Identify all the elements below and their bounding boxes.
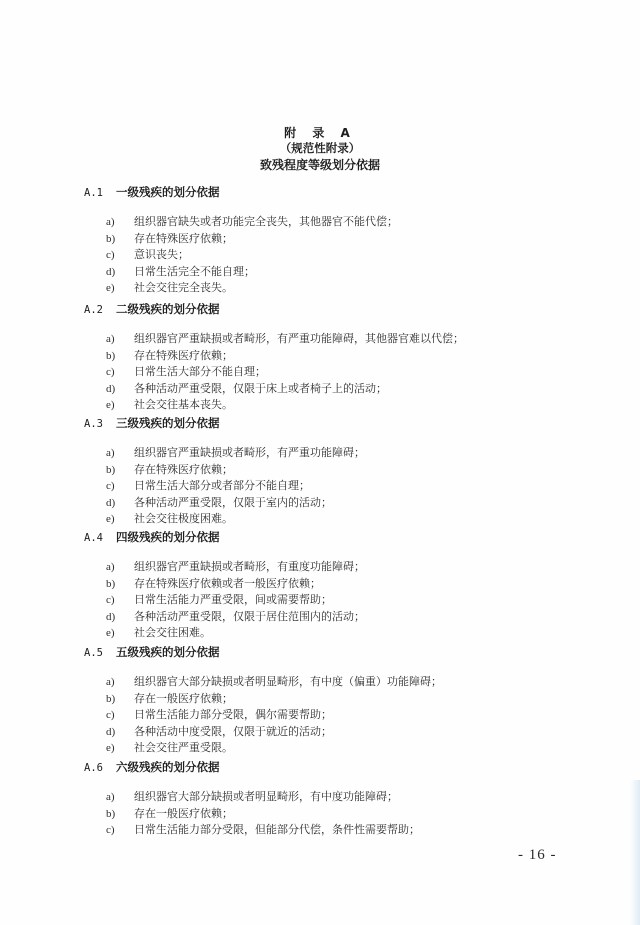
- item-marker: a): [106, 559, 134, 576]
- item-marker: c): [106, 478, 134, 495]
- item-marker: a): [106, 331, 134, 348]
- section-heading: A.4四级残疾的划分依据: [84, 528, 584, 546]
- item-marker: d): [106, 264, 134, 281]
- item-marker: c): [106, 707, 134, 724]
- criteria-list: a)组织器官严重缺损或者畸形，有重度功能障碍； b)存在特殊医疗依赖或者一般医疗…: [84, 559, 584, 642]
- item-text: 各种活动中度受限，仅限于就近的活动；: [134, 725, 332, 738]
- item-text: 存在特殊医疗依赖；: [134, 349, 233, 362]
- item-text: 各种活动严重受限，仅限于床上或者椅子上的活动；: [134, 382, 387, 395]
- item-text: 组织器官严重缺损或者畸形，有严重功能障碍；: [134, 446, 365, 459]
- list-item: c)日常生活大部分或者部分不能自理；: [106, 478, 584, 495]
- list-item: b)存在一般医疗依赖；: [106, 806, 584, 823]
- item-text: 日常生活大部分不能自理；: [134, 365, 266, 378]
- item-marker: d): [106, 724, 134, 741]
- item-text: 存在特殊医疗依赖；: [134, 232, 233, 245]
- section-a5: A.5五级残疾的划分依据 a)组织器官大部分缺损或者明显畸形，有中度（偏重）功能…: [84, 643, 584, 757]
- section-a4: A.4四级残疾的划分依据 a)组织器官严重缺损或者畸形，有重度功能障碍； b)存…: [84, 528, 584, 642]
- section-a3: A.3三级残疾的划分依据 a)组织器官严重缺损或者畸形，有严重功能障碍； b)存…: [84, 414, 584, 528]
- list-item: d)各种活动严重受限，仅限于室内的活动；: [106, 495, 584, 512]
- appendix-type: （规范性附录）: [0, 140, 640, 156]
- item-text: 意识丧失；: [134, 248, 189, 261]
- item-marker: b): [106, 231, 134, 248]
- page-number: - 16 -: [518, 847, 557, 864]
- list-item: a)组织器官大部分缺损或者明显畸形，有中度功能障碍；: [106, 789, 584, 806]
- section-number: A.4: [84, 529, 116, 547]
- item-marker: c): [106, 592, 134, 609]
- item-marker: c): [106, 822, 134, 839]
- item-marker: b): [106, 806, 134, 823]
- item-marker: a): [106, 214, 134, 231]
- item-text: 社会交往完全丧失。: [134, 281, 233, 294]
- list-item: e)社会交往极度困难。: [106, 511, 584, 528]
- section-heading: A.5五级残疾的划分依据: [84, 643, 584, 661]
- item-text: 日常生活能力部分受限，但能部分代偿，条件性需要帮助；: [134, 823, 420, 836]
- section-a6: A.6六级残疾的划分依据 a)组织器官大部分缺损或者明显畸形，有中度功能障碍； …: [84, 758, 584, 839]
- item-text: 组织器官大部分缺损或者明显畸形，有中度（偏重）功能障碍；: [134, 675, 442, 688]
- item-text: 日常生活完全不能自理；: [134, 265, 255, 278]
- section-heading: A.3三级残疾的划分依据: [84, 414, 584, 432]
- item-text: 日常生活大部分或者部分不能自理；: [134, 479, 310, 492]
- section-number: A.6: [84, 759, 116, 777]
- item-marker: e): [106, 511, 134, 528]
- list-item: a)组织器官严重缺损或者畸形，有严重功能障碍，其他器官难以代偿；: [106, 331, 584, 348]
- item-marker: d): [106, 381, 134, 398]
- list-item: c)意识丧失；: [106, 247, 584, 264]
- list-item: a)组织器官严重缺损或者畸形，有重度功能障碍；: [106, 559, 584, 576]
- item-marker: b): [106, 576, 134, 593]
- list-item: b)存在特殊医疗依赖；: [106, 348, 584, 365]
- item-marker: e): [106, 740, 134, 757]
- list-item: b)存在一般医疗依赖；: [106, 691, 584, 708]
- criteria-list: a)组织器官严重缺损或者畸形，有严重功能障碍，其他器官难以代偿； b)存在特殊医…: [84, 331, 584, 414]
- section-number: A.2: [84, 301, 116, 319]
- criteria-list: a)组织器官严重缺损或者畸形，有严重功能障碍； b)存在特殊医疗依赖； c)日常…: [84, 445, 584, 528]
- item-text: 各种活动严重受限，仅限于室内的活动；: [134, 496, 332, 509]
- item-marker: c): [106, 247, 134, 264]
- criteria-list: a)组织器官缺失或者功能完全丧失，其他器官不能代偿； b)存在特殊医疗依赖； c…: [84, 214, 584, 297]
- section-a1: A.1一级残疾的划分依据 a)组织器官缺失或者功能完全丧失，其他器官不能代偿； …: [84, 183, 584, 297]
- list-item: e)社会交往完全丧失。: [106, 280, 584, 297]
- item-text: 组织器官大部分缺损或者明显畸形，有中度功能障碍；: [134, 790, 398, 803]
- list-item: c)日常生活能力部分受限，但能部分代偿，条件性需要帮助；: [106, 822, 584, 839]
- item-text: 存在特殊医疗依赖或者一般医疗依赖；: [134, 577, 321, 590]
- list-item: d)各种活动严重受限，仅限于床上或者椅子上的活动；: [106, 381, 584, 398]
- item-marker: e): [106, 280, 134, 297]
- criteria-list: a)组织器官大部分缺损或者明显畸形，有中度功能障碍； b)存在一般医疗依赖； c…: [84, 789, 584, 839]
- item-text: 日常生活能力严重受限，间或需要帮助；: [134, 593, 332, 606]
- list-item: b)存在特殊医疗依赖或者一般医疗依赖；: [106, 576, 584, 593]
- list-item: c)日常生活大部分不能自理；: [106, 364, 584, 381]
- item-text: 社会交往严重受限。: [134, 741, 233, 754]
- list-item: b)存在特殊医疗依赖；: [106, 462, 584, 479]
- section-title: 六级残疾的划分依据: [116, 760, 220, 774]
- list-item: e)社会交往严重受限。: [106, 740, 584, 757]
- section-title: 四级残疾的划分依据: [116, 530, 220, 544]
- section-title: 一级残疾的划分依据: [116, 185, 220, 199]
- item-text: 社会交往困难。: [134, 626, 211, 639]
- item-text: 组织器官严重缺损或者畸形，有严重功能障碍，其他器官难以代偿；: [134, 332, 464, 345]
- item-marker: d): [106, 609, 134, 626]
- list-item: e)社会交往困难。: [106, 625, 584, 642]
- item-marker: b): [106, 462, 134, 479]
- list-item: d)日常生活完全不能自理；: [106, 264, 584, 281]
- list-item: b)存在特殊医疗依赖；: [106, 231, 584, 248]
- section-a2: A.2二级残疾的划分依据 a)组织器官严重缺损或者畸形，有严重功能障碍，其他器官…: [84, 300, 584, 414]
- list-item: d)各种活动严重受限，仅限于居住范围内的活动；: [106, 609, 584, 626]
- section-heading: A.2二级残疾的划分依据: [84, 300, 584, 318]
- item-marker: e): [106, 397, 134, 414]
- item-marker: a): [106, 674, 134, 691]
- item-marker: a): [106, 445, 134, 462]
- list-item: e)社会交往基本丧失。: [106, 397, 584, 414]
- section-number: A.3: [84, 415, 116, 433]
- item-text: 存在一般医疗依赖；: [134, 692, 233, 705]
- list-item: a)组织器官缺失或者功能完全丧失，其他器官不能代偿；: [106, 214, 584, 231]
- item-marker: d): [106, 495, 134, 512]
- section-number: A.5: [84, 644, 116, 662]
- section-title: 五级残疾的划分依据: [116, 645, 220, 659]
- item-text: 日常生活能力部分受限，偶尔需要帮助；: [134, 708, 332, 721]
- appendix-title: 附 录 A: [0, 124, 640, 141]
- section-heading: A.6六级残疾的划分依据: [84, 758, 584, 776]
- item-text: 存在特殊医疗依赖；: [134, 463, 233, 476]
- document-page: 附 录 A （规范性附录） 致残程度等级划分依据 A.1一级残疾的划分依据 a)…: [0, 0, 640, 925]
- item-text: 社会交往基本丧失。: [134, 398, 233, 411]
- list-item: d)各种活动中度受限，仅限于就近的活动；: [106, 724, 584, 741]
- item-text: 社会交往极度困难。: [134, 512, 233, 525]
- item-text: 存在一般医疗依赖；: [134, 807, 233, 820]
- section-number: A.1: [84, 184, 116, 202]
- item-text: 各种活动严重受限，仅限于居住范围内的活动；: [134, 610, 365, 623]
- item-text: 组织器官缺失或者功能完全丧失，其他器官不能代偿；: [134, 215, 398, 228]
- item-marker: b): [106, 348, 134, 365]
- list-item: a)组织器官大部分缺损或者明显畸形，有中度（偏重）功能障碍；: [106, 674, 584, 691]
- item-marker: e): [106, 625, 134, 642]
- criteria-list: a)组织器官大部分缺损或者明显畸形，有中度（偏重）功能障碍； b)存在一般医疗依…: [84, 674, 584, 757]
- section-title: 二级残疾的划分依据: [116, 302, 220, 316]
- section-title: 三级残疾的划分依据: [116, 416, 220, 430]
- item-marker: c): [106, 364, 134, 381]
- list-item: c)日常生活能力部分受限，偶尔需要帮助；: [106, 707, 584, 724]
- list-item: a)组织器官严重缺损或者畸形，有严重功能障碍；: [106, 445, 584, 462]
- item-marker: a): [106, 789, 134, 806]
- section-heading: A.1一级残疾的划分依据: [84, 183, 584, 201]
- page-edge-shadow: [630, 780, 640, 925]
- list-item: c)日常生活能力严重受限，间或需要帮助；: [106, 592, 584, 609]
- item-marker: b): [106, 691, 134, 708]
- appendix-subtitle: 致残程度等级划分依据: [0, 156, 640, 173]
- item-text: 组织器官严重缺损或者畸形，有重度功能障碍；: [134, 560, 365, 573]
